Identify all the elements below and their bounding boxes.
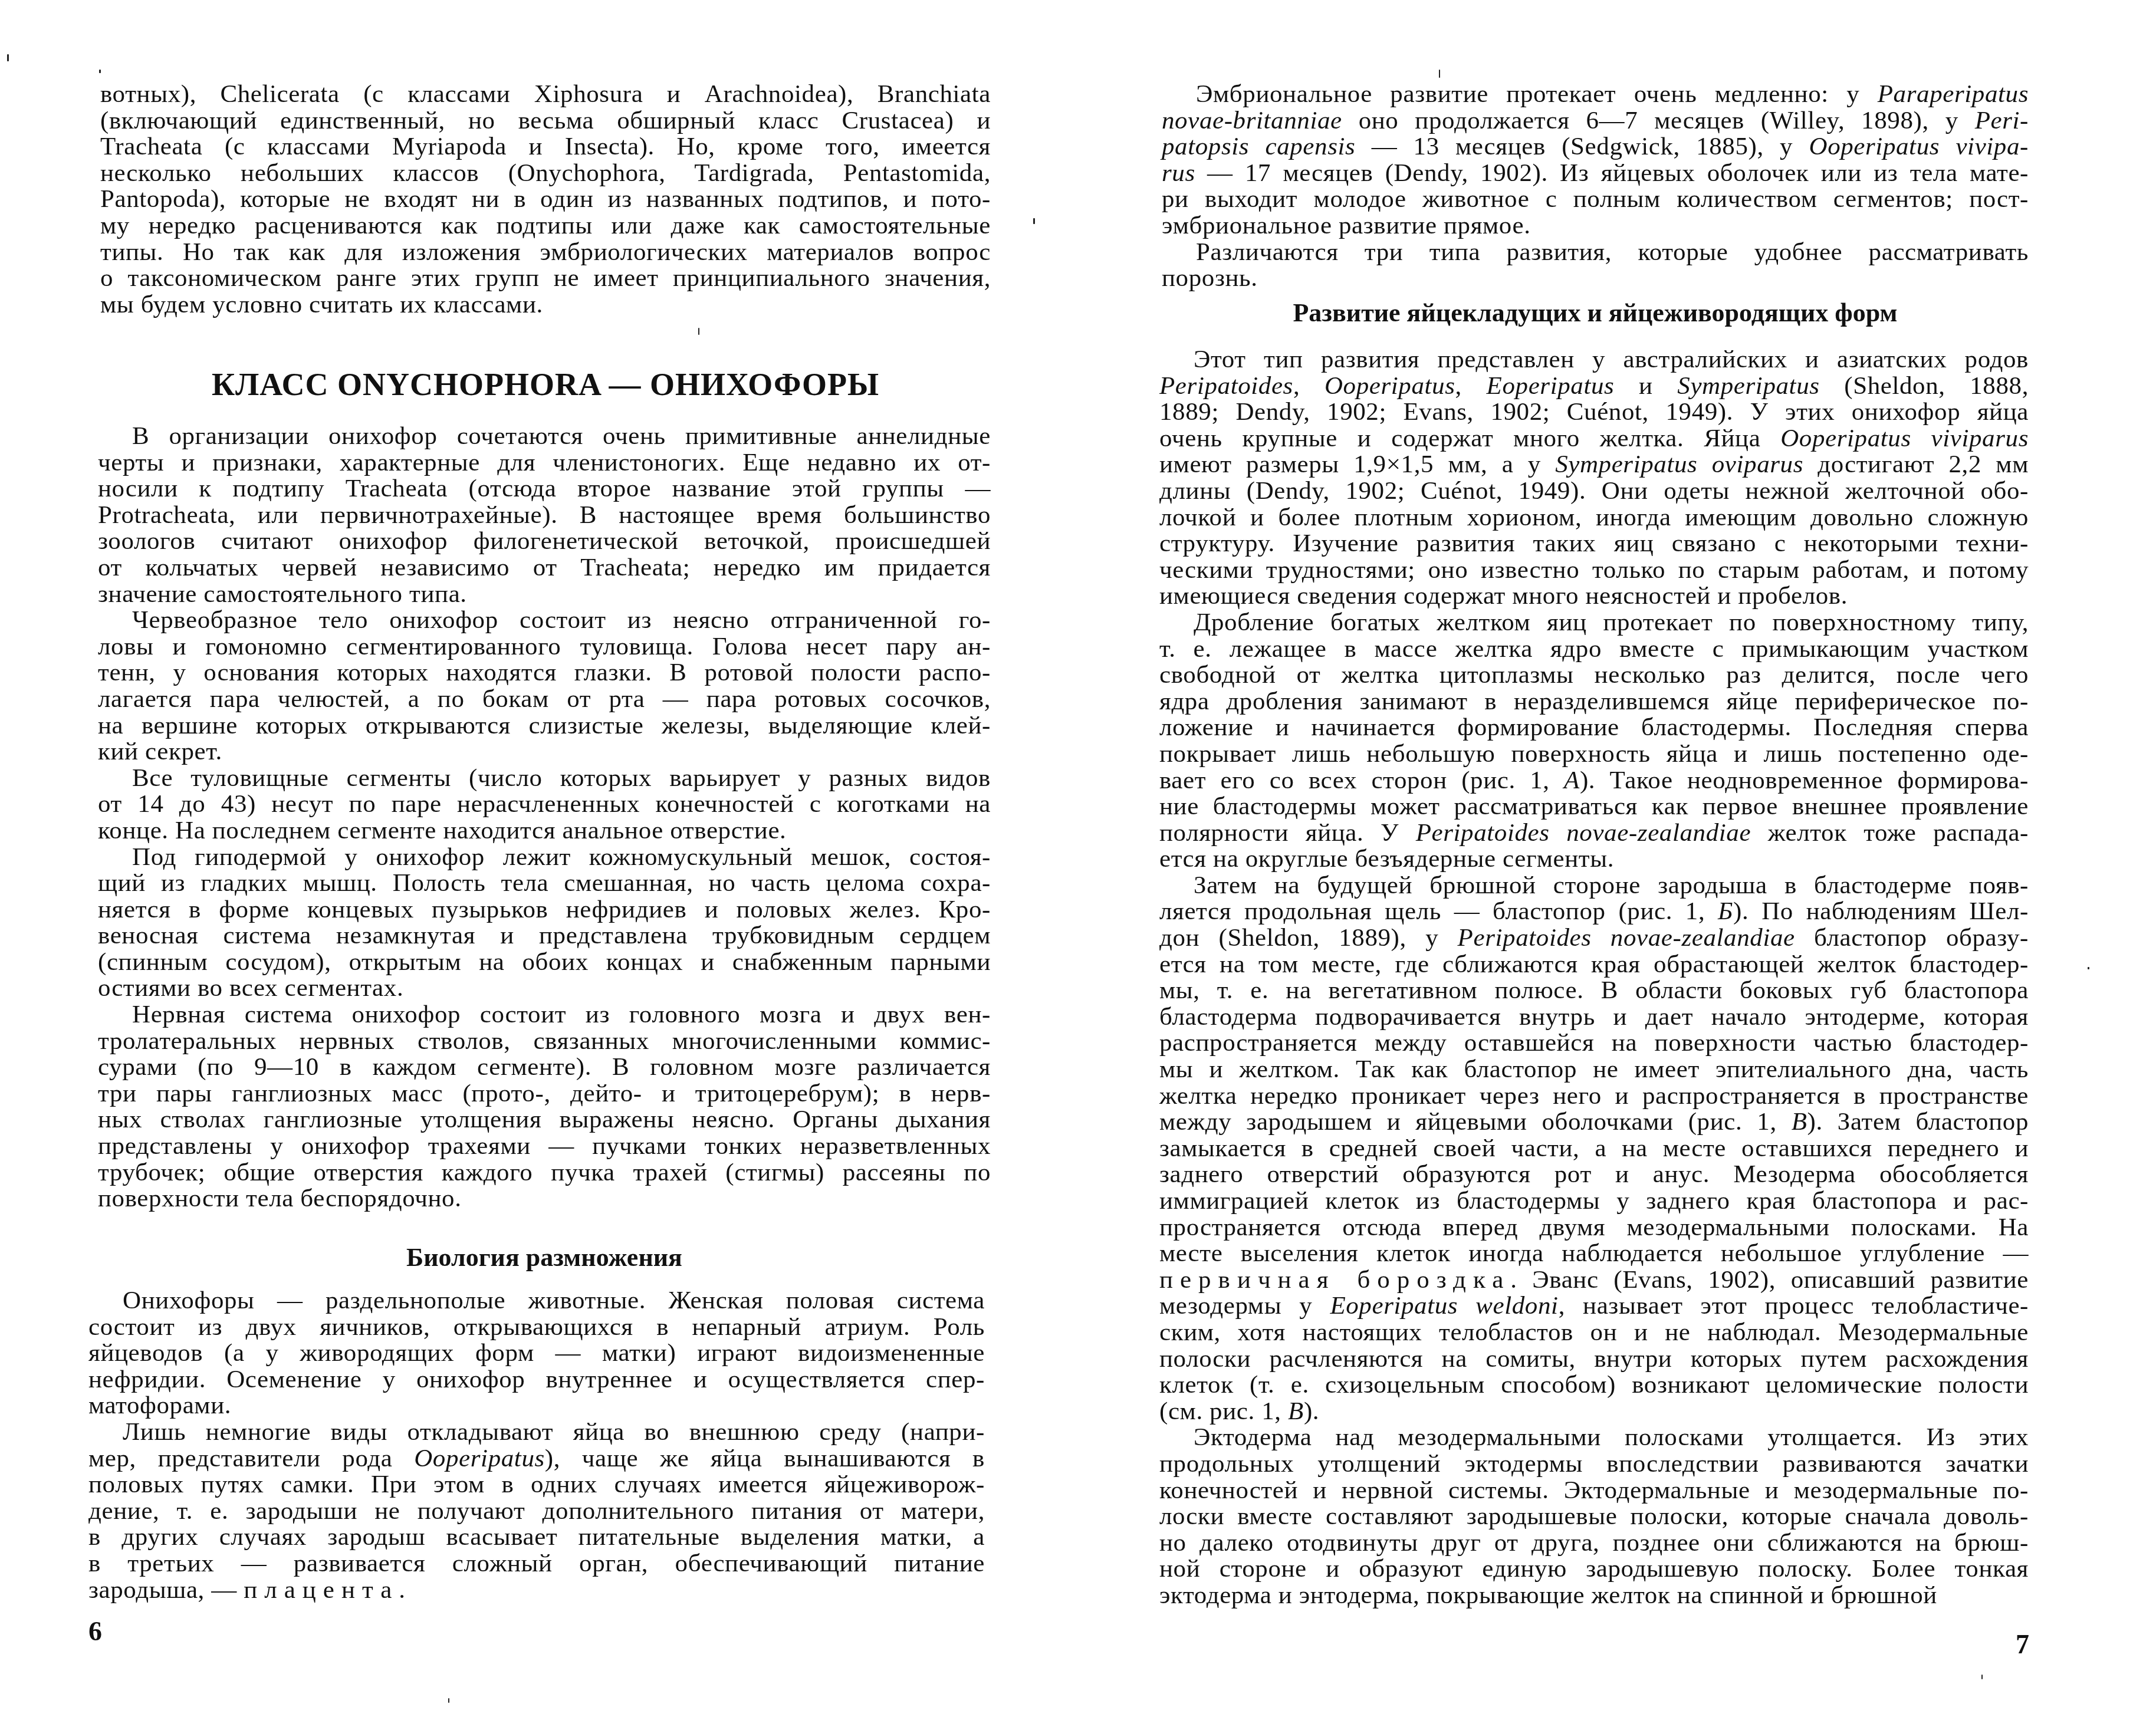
text-run: . Эванс (Evans, 1902), описавший развити…: [1510, 1266, 2029, 1294]
text-run: от кольчатых червей независимо от Trache…: [98, 554, 991, 581]
text-run: о таксономическом ранге этих групп не им…: [100, 264, 991, 292]
text-line: мы и желтком. Так как бластопор не имеет…: [1159, 1057, 2029, 1083]
text-run: ). По наблюдениям Шел-: [1733, 897, 2029, 925]
text-run: ных стволах ганглиозные утолщения выраже…: [98, 1106, 991, 1133]
text-run: (спинным сосудом), открытым на обоих кон…: [98, 948, 991, 976]
text-line: зоологов считают онихофор филогенетическ…: [98, 528, 991, 555]
text-line: конечностей и нервной системы. Эктодерма…: [1159, 1478, 2029, 1504]
right-page: Эмбриональное развитие протекает очень м…: [1078, 0, 2156, 1717]
italic-term: patopsis capensis: [1162, 133, 1355, 160]
italic-term: Symperipatus oviparus: [1555, 450, 1803, 478]
text-line: лоски вместе составляют зародышевые поло…: [1159, 1504, 2029, 1530]
text-run: яйцеводов (а у живородящих форм — матки)…: [88, 1339, 985, 1367]
scan-speck: [2088, 967, 2089, 969]
text-line: заднего отверстий образуются рот и анус.…: [1159, 1162, 2029, 1188]
text-run: Онихофоры — раздельнополые животные. Жен…: [123, 1287, 985, 1314]
text-line: ется на том месте, где сближаются края о…: [1159, 952, 2029, 978]
text-line: имеющиеся сведения содержат много неясно…: [1159, 583, 2029, 610]
text-run: пространяется отсюда вперед двумя мезоде…: [1159, 1213, 2029, 1241]
text-line: три пары ганглиозных масс (прото-, дейто…: [98, 1081, 991, 1107]
text-line: конце. На последнем сегменте находится а…: [98, 818, 991, 844]
section-reproduction-body: Онихофоры — раздельнополые животные. Жен…: [88, 1288, 985, 1603]
page-number-right: 7: [2016, 1629, 2029, 1660]
text-line: Онихофоры — раздельнополые животные. Жен…: [88, 1288, 985, 1314]
text-run: матофорами.: [88, 1392, 231, 1419]
text-line: имеют размеры 1,9×1,5 мм, а у Symperipat…: [1159, 452, 2029, 478]
text-line: замыкается в средней своей части, а на м…: [1159, 1136, 2029, 1162]
paragraph: Червеобразное тело онихофор состоит из н…: [98, 607, 991, 765]
text-line: лагается пара челюстей, а по бокам от рт…: [98, 686, 991, 713]
text-run: порознь.: [1162, 264, 1258, 292]
paragraph: Под гиподермой у онихофор лежит кожномус…: [98, 844, 991, 1002]
text-run: между зародышем и яйцевыми оболочками (р…: [1159, 1108, 1792, 1136]
text-run: кий секрет.: [98, 738, 222, 765]
text-line: клеток (т. е. схизоцельным способом) воз…: [1159, 1372, 2029, 1399]
text-run: ). Такое неодновременное формирова-: [1580, 767, 2029, 794]
embryonic-development-intro: Эмбриональное развитие протекает очень м…: [1162, 81, 2029, 292]
scan-speck: [1981, 1675, 1983, 1679]
text-run: состоит из двух яичников, открывающихся …: [88, 1313, 985, 1341]
text-run: половых путях самки. При этом в одних сл…: [88, 1471, 985, 1498]
italic-term: Ooperipatus: [1325, 372, 1455, 400]
text-run: представлены у онихофор трахеями — пучка…: [98, 1132, 991, 1160]
text-run: тенн, у основания которых находятся глаз…: [98, 659, 991, 686]
italic-term: Eoperipatus weldoni: [1330, 1292, 1558, 1320]
text-run: му нередко расцениваются как подтипы или…: [100, 212, 991, 239]
italic-term: Ooperipatus viviparus: [1780, 425, 2029, 452]
text-run: желток тоже распада-: [1751, 819, 2029, 847]
text-run: Червеобразное тело онихофор состоит из н…: [132, 606, 991, 634]
paragraph: В организации онихофор сочетаются очень …: [98, 423, 991, 607]
text-run: структуру. Изучение развития таких яиц с…: [1159, 529, 2029, 557]
text-run: ,: [1293, 372, 1325, 400]
text-line: веносная система незамкнутая и представл…: [98, 923, 991, 949]
development-heading: Развитие яйцекладущих и яйцеживородящих …: [1162, 298, 2029, 328]
text-run: лагается пара челюстей, а по бокам от рт…: [98, 685, 991, 713]
text-run: трубочек; общие отверстия каждого пучка …: [98, 1159, 991, 1186]
text-line: дон (Sheldon, 1889), у Peripatoides nova…: [1159, 925, 2029, 952]
paragraph: Дробление богатых желтком яиц протекает …: [1159, 610, 2029, 873]
text-line: ной стороне и образуют единую зародышеву…: [1159, 1556, 2029, 1583]
text-run: оно продолжается 6—7 месяцев (Willey, 18…: [1342, 107, 1975, 134]
text-run: ским, хотя настоящих телобластов он и не…: [1159, 1318, 2029, 1346]
text-line: порознь.: [1162, 265, 2029, 292]
text-run: — 17 месяцев (Dendy, 1902). Из яйцевых о…: [1195, 159, 2029, 187]
text-run: Protracheata, или первичнотрахейные). В …: [98, 501, 991, 529]
text-run: полоски расчленяются на сомиты, внутри к…: [1159, 1345, 2029, 1373]
book-spread: вотных), Chelicerata (с классами Xiphosu…: [0, 0, 2156, 1717]
text-line: ляется продольная щель — бластопор (рис.…: [1159, 899, 2029, 925]
italic-term: Eoperipatus: [1487, 372, 1615, 400]
text-line: ных стволах ганглиозные утолщения выраже…: [98, 1107, 991, 1133]
text-run: достигают 2,2 мм: [1803, 450, 2029, 478]
text-run: свободной от желтка цитоплазмы несколько…: [1159, 661, 2029, 689]
paragraph: Этот тип развития представлен у австрали…: [1159, 347, 2029, 610]
text-line: от 14 до 43) несут по паре нерасчлененны…: [98, 791, 991, 818]
text-run: полярности яйца. У: [1159, 819, 1416, 847]
text-run: бластодерма подворачивается внутрь и дае…: [1159, 1003, 2029, 1031]
text-line: (включающий единственный, но весьма обши…: [100, 108, 991, 134]
text-line: Эктодерма над мезодермальными полосками …: [1159, 1425, 2029, 1451]
italic-term: Symperipatus: [1677, 372, 1819, 400]
text-line: представлены у онихофор трахеями — пучка…: [98, 1133, 991, 1160]
text-line: ри выходит молодое животное с полным кол…: [1162, 186, 2029, 213]
text-run: на вершине которых открываются слизистые…: [98, 712, 991, 739]
text-run: ние бластодермы может рассматриваться ка…: [1159, 792, 2029, 820]
text-line: ние бластодермы может рассматриваться ка…: [1159, 794, 2029, 820]
italic-term: Peripatoides novae-zealandiae: [1416, 819, 1751, 847]
text-line: очень крупные и содержат много желтка. Я…: [1159, 426, 2029, 452]
italic-term: В: [1288, 1397, 1304, 1425]
text-line: ется на округлые безъядерные сегменты.: [1159, 846, 2029, 873]
text-line: щий из гладких мышц. Полость тела смешан…: [98, 870, 991, 897]
text-run: длины (Dendy, 1902; Cuénot, 1949). Они о…: [1159, 477, 2029, 505]
text-run: Этот тип развития представлен у австрали…: [1194, 346, 2029, 373]
text-line: rus — 17 месяцев (Dendy, 1902). Из яйцев…: [1162, 160, 2029, 187]
text-run: сурами (по 9—10 в каждом сегменте). В го…: [98, 1053, 991, 1081]
text-run: Эктодерма над мезодермальными полосками …: [1194, 1423, 2029, 1451]
text-run: эмбриональное развитие прямое.: [1162, 212, 1530, 239]
text-line: кий секрет.: [98, 739, 991, 765]
text-line: на вершине которых открываются слизистые…: [98, 713, 991, 739]
text-run: щий из гладких мышц. Полость тела смешан…: [98, 869, 991, 897]
text-line: Все туловищные сегменты (число которых в…: [98, 765, 991, 792]
text-run: Затем на будущей брюшной стороне зародыш…: [1194, 871, 2029, 899]
italic-term: Ooperipatus: [414, 1445, 545, 1472]
section-development-body: Этот тип развития представлен у австрали…: [1159, 347, 2029, 1609]
text-line: Дробление богатых желтком яиц протекает …: [1159, 610, 2029, 636]
text-line: матофорами.: [88, 1393, 985, 1419]
text-line: вает его со всех сторон (рис. 1, А). Так…: [1159, 768, 2029, 794]
text-line: носили к подтипу Tracheata (отсюда второ…: [98, 476, 991, 502]
text-line: тенн, у основания которых находятся глаз…: [98, 660, 991, 686]
italic-term: Peri-: [1975, 107, 2029, 134]
text-run: .: [399, 1576, 405, 1604]
text-line: полярности яйца. У Peripatoides novae-ze…: [1159, 820, 2029, 847]
text-line: Лишь немногие виды откладывают яйца во в…: [88, 1419, 985, 1446]
text-run: конце. На последнем сегменте находится а…: [98, 817, 786, 844]
text-line: но далеко отодвинуты друг от друга, позд…: [1159, 1530, 2029, 1557]
page-number-left: 6: [88, 1616, 102, 1647]
text-line: Затем на будущей брюшной стороне зародыш…: [1159, 873, 2029, 899]
text-run: черты и признаки, характерные для членис…: [98, 449, 991, 476]
text-line: Червеобразное тело онихофор состоит из н…: [98, 607, 991, 634]
text-line: эмбриональное развитие прямое.: [1162, 213, 2029, 239]
text-run: няется в форме концевых пузырьков нефрид…: [98, 896, 991, 923]
text-run: продольных утолщений эктодермы впоследст…: [1159, 1450, 2029, 1478]
text-run: эктодерма и энтодерма, покрывающие желто…: [1159, 1581, 1937, 1609]
text-run: ловы и гомономно сегментированного тулов…: [98, 633, 991, 660]
text-line: несколько небольших классов (Onychophora…: [100, 160, 991, 187]
text-line: тролатеральных нервных стволов, связанны…: [98, 1028, 991, 1055]
text-run: В организации онихофор сочетаются очень …: [132, 422, 991, 450]
class-heading: КЛАСС ONYCHOPHORA — ОНИХОФОРЫ: [100, 367, 991, 402]
text-run: зоологов считают онихофор филогенетическ…: [98, 527, 991, 555]
text-run: Tracheata (с классами Myriapoda и Insect…: [100, 133, 991, 160]
text-run: ляется продольная щель — бластопор (рис.…: [1159, 897, 1718, 925]
paragraph: Все туловищные сегменты (число которых в…: [98, 765, 991, 844]
text-run: остиями во всех сегментах.: [98, 974, 403, 1002]
text-run: тролатеральных нервных стволов, связанны…: [98, 1027, 991, 1055]
text-line: типы. Но так как для изложения эмбриолог…: [100, 239, 991, 266]
text-run: дение, т. е. зародыши не получают дополн…: [88, 1497, 985, 1525]
text-line: яйцеводов (а у живородящих форм — матки)…: [88, 1340, 985, 1367]
text-run: ческими трудностями; оно известно только…: [1159, 556, 2029, 584]
text-run: Лишь немногие виды откладывают яйца во в…: [123, 1418, 985, 1446]
text-run: бластопор образу-: [1795, 924, 2029, 952]
text-line: Нервная система онихофор состоит из голо…: [98, 1002, 991, 1028]
intro-paragraph: вотных), Chelicerata (с классами Xiphosu…: [100, 81, 991, 318]
text-run: носили к подтипу Tracheata (отсюда второ…: [98, 475, 991, 502]
text-line: мезодермы у Eoperipatus weldoni, называе…: [1159, 1293, 2029, 1320]
text-line: иммиграцией клеток из бластодермы у задн…: [1159, 1188, 2029, 1215]
text-line: первичная бороздка. Эванс (Evans, 1902),…: [1159, 1267, 2029, 1294]
text-run: дон (Sheldon, 1889), у: [1159, 924, 1458, 952]
text-line: мы, т. е. на вегетативном полюсе. В обла…: [1159, 978, 2029, 1004]
text-run: желтка нередко проникает через него и ра…: [1159, 1082, 2029, 1110]
text-run: мы, т. е. на вегетативном полюсе. В обла…: [1159, 976, 2029, 1004]
text-run: от 14 до 43) несут по паре нерасчлененны…: [98, 790, 991, 818]
text-line: остиями во всех сегментах.: [98, 975, 991, 1002]
text-line: значение самостоятельного типа.: [98, 581, 991, 608]
text-run: Различаются три типа развития, которые у…: [1196, 238, 2029, 266]
text-line: в других случаях зародыш всасывает питат…: [88, 1524, 985, 1551]
text-run: ). Затем бластопор: [1807, 1108, 2029, 1136]
text-run: имеющиеся сведения содержат много неясно…: [1159, 582, 1848, 610]
text-run: ,: [1455, 372, 1487, 400]
text-line: лочкой и более плотным хорионом, иногда …: [1159, 505, 2029, 531]
scan-speck: [99, 70, 101, 73]
text-line: половых путях самки. При этом в одних сл…: [88, 1472, 985, 1498]
text-line: покрывает лишь небольшую поверхность яйц…: [1159, 741, 2029, 768]
scan-speck: [1033, 218, 1035, 224]
text-run: ной стороне и образуют единую зародышеву…: [1159, 1555, 2029, 1583]
text-line: сурами (по 9—10 в каждом сегменте). В го…: [98, 1054, 991, 1081]
text-run: ), чаще же яйца вынашиваются в: [545, 1445, 985, 1472]
italic-term: Ooperipatus vivipa-: [1809, 133, 2029, 160]
text-line: Под гиподермой у онихофор лежит кожномус…: [98, 844, 991, 871]
text-run: Под гиподермой у онихофор лежит кожномус…: [132, 843, 991, 871]
text-run: ).: [1304, 1397, 1319, 1425]
italic-term: Peripatoides novae-zealandiae: [1458, 924, 1795, 952]
text-run: три пары ганглиозных масс (прото-, дейто…: [98, 1080, 991, 1107]
text-run: месте выселения клеток иногда наблюдаетс…: [1159, 1239, 2029, 1267]
text-run: (см. рис. 1,: [1159, 1397, 1288, 1425]
text-line: желтка нередко проникает через него и ра…: [1159, 1083, 2029, 1110]
text-run: Нервная система онихофор состоит из голо…: [132, 1001, 991, 1028]
text-run: (включающий единственный, но весьма обши…: [100, 107, 991, 134]
text-run: мы будем условно считать их классами.: [100, 291, 543, 318]
text-run: 1889; Dendy, 1902; Evans, 1902; Cuénot, …: [1159, 398, 2029, 426]
text-run: зародыша, —: [88, 1576, 244, 1604]
text-run: вает его со всех сторон (рис. 1,: [1159, 767, 1564, 794]
italic-term: rus: [1162, 159, 1195, 187]
text-run: ется на округлые безъядерные сегменты.: [1159, 845, 1614, 873]
text-run: очень крупные и содержат много желтка. Я…: [1159, 425, 1780, 452]
paragraph: Различаются три типа развития, которые у…: [1162, 239, 2029, 292]
text-line: дение, т. е. зародыши не получают дополн…: [88, 1498, 985, 1525]
scan-speck: [7, 54, 9, 61]
text-run: мер, представители рода: [88, 1445, 414, 1472]
text-line: вотных), Chelicerata (с классами Xiphosu…: [100, 81, 991, 108]
text-run: покрывает лишь небольшую поверхность яйц…: [1159, 740, 2029, 768]
text-run: ядра дробления занимают в неразделившемс…: [1159, 688, 2029, 715]
paragraph: Нервная система онихофор состоит из голо…: [98, 1002, 991, 1212]
italic-term: А: [1564, 767, 1580, 794]
italic-term: Б: [1718, 897, 1733, 925]
text-run: заднего отверстий образуются рот и анус.…: [1159, 1160, 2029, 1188]
text-run: Дробление богатых желтком яиц протекает …: [1194, 608, 2029, 636]
paragraph: Эмбриональное развитие протекает очень м…: [1162, 81, 2029, 239]
text-line: ским, хотя настоящих телобластов он и не…: [1159, 1320, 2029, 1346]
text-line: (см. рис. 1, В).: [1159, 1399, 2029, 1425]
text-run: распространяется между оставшейся на пов…: [1159, 1029, 2029, 1057]
paragraph: Эктодерма над мезодермальными полосками …: [1159, 1425, 2029, 1609]
text-line: продольных утолщений эктодермы впоследст…: [1159, 1451, 2029, 1478]
text-line: ческими трудностями; оно известно только…: [1159, 557, 2029, 584]
text-line: нефридии. Осеменение у онихофор внутренн…: [88, 1367, 985, 1393]
text-run: имеют размеры 1,9×1,5 мм, а у: [1159, 450, 1555, 478]
paragraph: Лишь немногие виды откладывают яйца во в…: [88, 1419, 985, 1603]
text-line: структуру. Изучение развития таких яиц с…: [1159, 531, 2029, 557]
spaced-term: плацента: [244, 1576, 399, 1604]
text-run: в третьих — развивается сложный орган, о…: [88, 1550, 985, 1577]
text-line: о таксономическом ранге этих групп не им…: [100, 265, 991, 292]
text-line: 1889; Dendy, 1902; Evans, 1902; Cuénot, …: [1159, 399, 2029, 426]
text-line: т. е. лежащее в массе желтка ядро вместе…: [1159, 636, 2029, 663]
section-onychophora-body: В организации онихофор сочетаются очень …: [98, 423, 991, 1212]
text-line: длины (Dendy, 1902; Cuénot, 1949). Они о…: [1159, 478, 2029, 505]
italic-term: Peripatoides: [1159, 372, 1293, 400]
text-line: свободной от желтка цитоплазмы несколько…: [1159, 662, 2029, 689]
text-line: Protracheata, или первичнотрахейные). В …: [98, 502, 991, 529]
text-line: бластодерма подворачивается внутрь и дае…: [1159, 1004, 2029, 1031]
text-run: несколько небольших классов (Onychophora…: [100, 159, 991, 187]
text-run: , называет этот процесс телобластиче-: [1559, 1292, 2029, 1320]
text-line: мер, представители рода Ooperipatus), ча…: [88, 1446, 985, 1472]
spaced-term: первичная бороздка: [1159, 1266, 1510, 1294]
text-line: му нередко расцениваются как подтипы или…: [100, 213, 991, 239]
text-line: (спинным сосудом), открытым на обоих кон…: [98, 949, 991, 976]
text-run: ри выходит молодое животное с полным кол…: [1162, 185, 2029, 213]
text-run: лоски вместе составляют зародышевые поло…: [1159, 1502, 2029, 1530]
paragraph: Онихофоры — раздельнополые животные. Жен…: [88, 1288, 985, 1419]
text-line: няется в форме концевых пузырьков нефрид…: [98, 897, 991, 923]
text-run: ложение и начинается формирование бласто…: [1159, 713, 2029, 741]
text-line: эктодерма и энтодерма, покрывающие желто…: [1159, 1583, 2029, 1609]
text-line: зародыша, — плацента.: [88, 1577, 985, 1604]
scan-speck: [698, 328, 699, 335]
text-line: ловы и гомономно сегментированного тулов…: [98, 634, 991, 660]
text-line: состоит из двух яичников, открывающихся …: [88, 1314, 985, 1341]
paragraph: Затем на будущей брюшной стороне зародыш…: [1159, 873, 2029, 1425]
text-line: ядра дробления занимают в неразделившемс…: [1159, 689, 2029, 715]
text-run: Pantopoda), которые не входят ни в один …: [100, 185, 991, 213]
text-line: ложение и начинается формирование бласто…: [1159, 715, 2029, 741]
text-run: типы. Но так как для изложения эмбриолог…: [100, 238, 991, 266]
italic-term: novae-britanniae: [1162, 107, 1342, 134]
text-run: (Sheldon, 1888,: [1820, 372, 2029, 400]
text-run: вотных), Chelicerata (с классами Xiphosu…: [100, 80, 991, 108]
text-run: нефридии. Осеменение у онихофор внутренн…: [88, 1366, 985, 1393]
text-run: в других случаях зародыш всасывает питат…: [88, 1523, 985, 1551]
biology-heading: Биология размножения: [98, 1243, 991, 1272]
text-run: иммиграцией клеток из бластодермы у задн…: [1159, 1187, 2029, 1215]
text-run: веносная система незамкнутая и представл…: [98, 922, 991, 949]
text-line: мы будем условно считать их классами.: [100, 292, 991, 318]
text-run: лочкой и более плотным хорионом, иногда …: [1159, 504, 2029, 531]
text-line: между зародышем и яйцевыми оболочками (р…: [1159, 1109, 2029, 1136]
text-line: Различаются три типа развития, которые у…: [1162, 239, 2029, 266]
text-line: распространяется между оставшейся на пов…: [1159, 1030, 2029, 1057]
text-run: значение самостоятельного типа.: [98, 580, 467, 608]
text-line: Эмбриональное развитие протекает очень м…: [1162, 81, 2029, 108]
text-run: мы и желтком. Так как бластопор не имеет…: [1159, 1055, 2029, 1083]
text-run: замыкается в средней своей части, а на м…: [1159, 1134, 2029, 1162]
text-line: трубочек; общие отверстия каждого пучка …: [98, 1160, 991, 1186]
text-line: Tracheata (с классами Myriapoda и Insect…: [100, 134, 991, 160]
text-run: Эмбриональное развитие протекает очень м…: [1196, 80, 1878, 108]
text-run: клеток (т. е. схизоцельным способом) воз…: [1159, 1371, 2029, 1399]
text-line: черты и признаки, характерные для членис…: [98, 450, 991, 476]
text-run: поверхности тела беспорядочно.: [98, 1185, 462, 1212]
text-line: поверхности тела беспорядочно.: [98, 1186, 991, 1212]
text-line: Pantopoda), которые не входят ни в один …: [100, 186, 991, 213]
text-line: В организации онихофор сочетаются очень …: [98, 423, 991, 450]
left-page: вотных), Chelicerata (с классами Xiphosu…: [0, 0, 1078, 1717]
text-line: пространяется отсюда вперед двумя мезоде…: [1159, 1215, 2029, 1241]
text-run: — 13 месяцев (Sedgwick, 1885), у: [1355, 133, 1809, 160]
text-run: ется на том месте, где сближаются края о…: [1159, 950, 2029, 978]
text-line: полоски расчленяются на сомиты, внутри к…: [1159, 1346, 2029, 1373]
scan-speck: [1439, 70, 1440, 78]
text-run: и: [1614, 372, 1677, 400]
paragraph: вотных), Chelicerata (с классами Xiphosu…: [100, 81, 991, 318]
text-line: Peripatoides, Ooperipatus, Eoperipatus и…: [1159, 373, 2029, 400]
text-line: patopsis capensis — 13 месяцев (Sedgwick…: [1162, 134, 2029, 160]
italic-term: Paraperipatus: [1878, 80, 2029, 108]
text-run: мезодермы у: [1159, 1292, 1330, 1320]
text-line: от кольчатых червей независимо от Trache…: [98, 555, 991, 581]
text-run: Все туловищные сегменты (число которых в…: [132, 764, 991, 792]
text-run: т. е. лежащее в массе желтка ядро вместе…: [1159, 635, 2029, 663]
text-run: конечностей и нервной системы. Эктодерма…: [1159, 1476, 2029, 1504]
scan-speck: [448, 1698, 449, 1703]
text-line: Этот тип развития представлен у австрали…: [1159, 347, 2029, 373]
text-run: но далеко отодвинуты друг от друга, позд…: [1159, 1529, 2029, 1557]
text-line: в третьих — развивается сложный орган, о…: [88, 1551, 985, 1577]
text-line: месте выселения клеток иногда наблюдаетс…: [1159, 1241, 2029, 1267]
text-line: novae-britanniae оно продолжается 6—7 ме…: [1162, 108, 2029, 134]
italic-term: В: [1792, 1108, 1807, 1136]
